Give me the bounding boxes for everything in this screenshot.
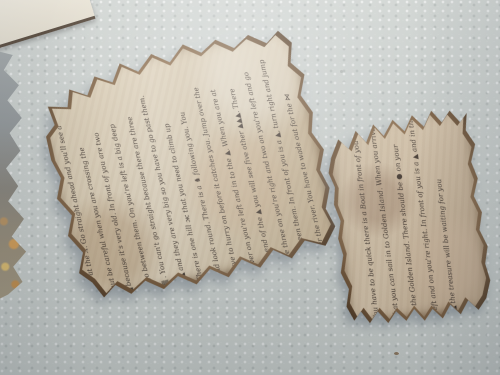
left-note-paper: You are at the X. Go straight ahead and … xyxy=(27,17,347,313)
left-note-wrapper: You are at the X. Go straight ahead and … xyxy=(27,17,347,313)
tree-icon: ▲ xyxy=(444,305,464,311)
table-corner xyxy=(0,0,95,49)
hole-icon: ▒▒ xyxy=(157,279,176,290)
right-note-surface: You have to be quick there is a Boat in … xyxy=(325,106,493,328)
table-speck xyxy=(340,70,343,73)
right-note-text: You have to be quick there is a Boat in … xyxy=(345,118,466,321)
table-speck xyxy=(394,352,399,355)
photo-scene: You are at the X. Go straight ahead and … xyxy=(0,0,500,375)
left-note-surface: You are at the X. Go straight ahead and … xyxy=(32,22,342,308)
bridge-icon: ▓▓ xyxy=(122,287,141,298)
burnt-paper-fragment xyxy=(0,50,29,302)
left-note-text: You are at the X. Go straight ahead and … xyxy=(40,25,334,306)
right-note-wrapper: You have to be quick there is a Boat in … xyxy=(321,102,498,333)
right-note-paper: You have to be quick there is a Boat in … xyxy=(321,102,498,333)
twin-mountains-icon: ▲▲ xyxy=(141,283,160,294)
bridge-icon: ▓▓ xyxy=(106,290,125,301)
